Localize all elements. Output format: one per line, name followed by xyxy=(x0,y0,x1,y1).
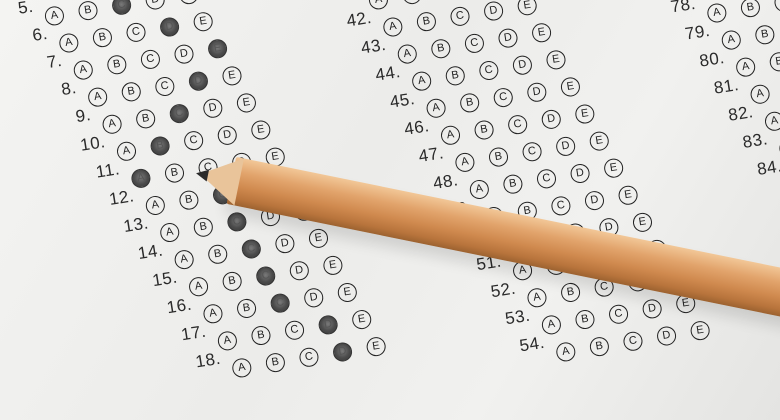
pencil-lead xyxy=(195,167,209,181)
